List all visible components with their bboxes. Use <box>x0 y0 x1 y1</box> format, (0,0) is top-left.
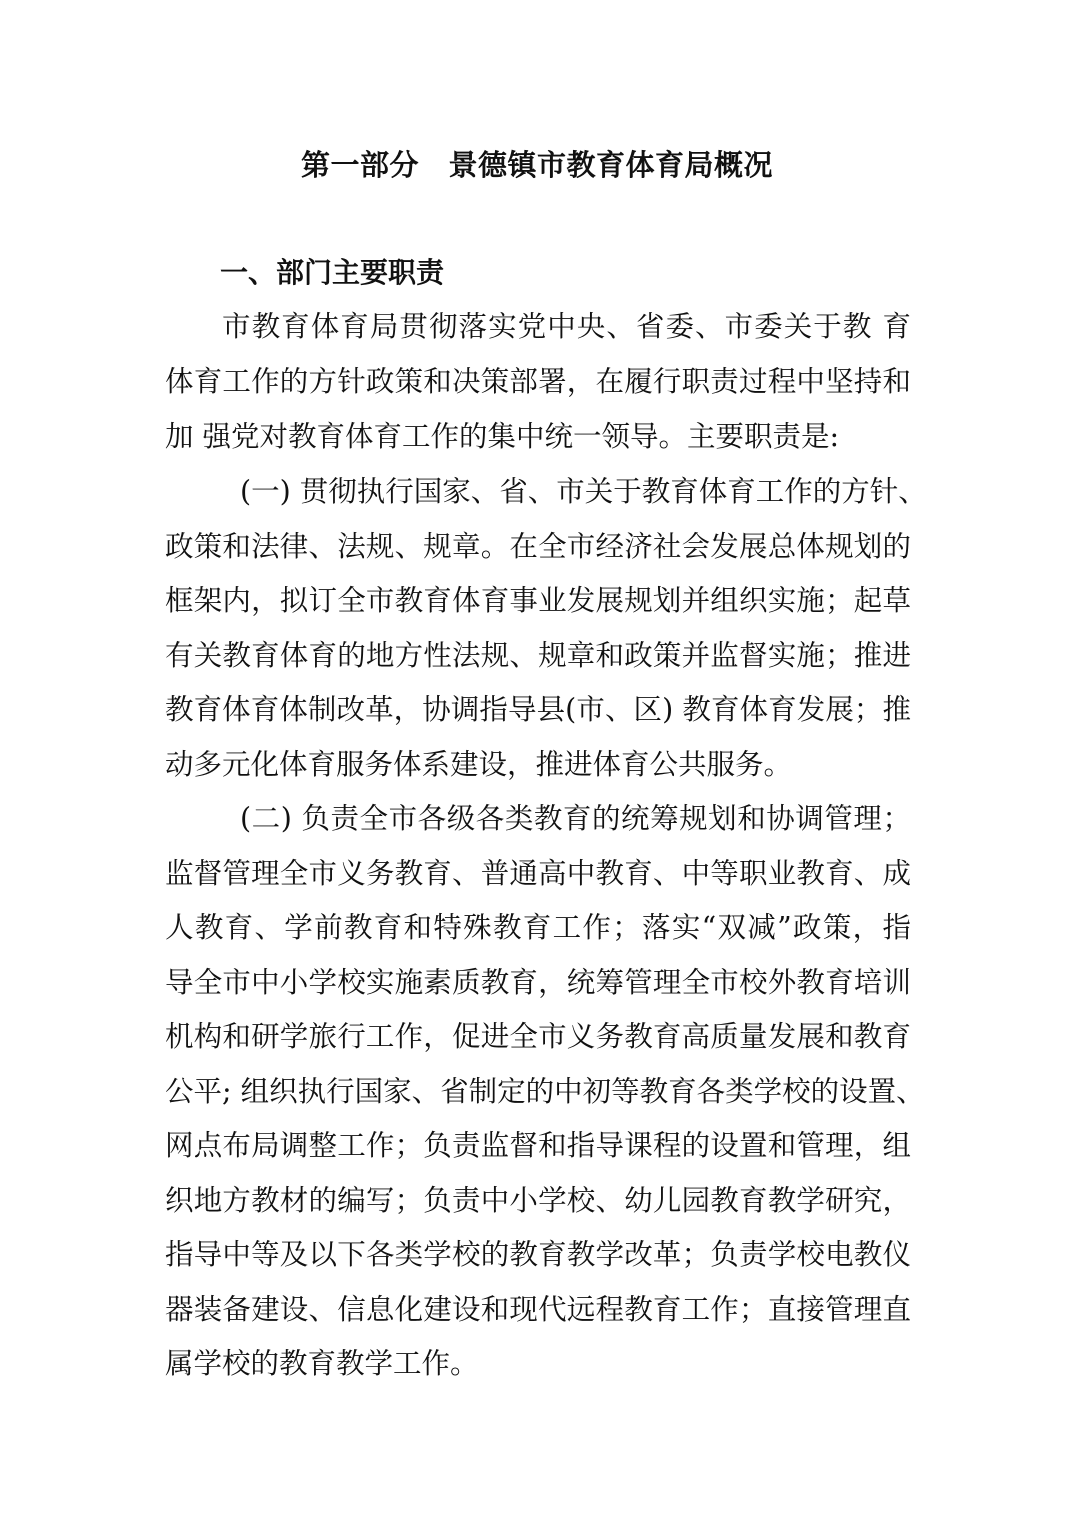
paragraph-line: 属学校的教育教学工作。 <box>165 1342 911 1386</box>
document-page: 第一部分 景德镇市教育体育局概况 一、部门主要职责 市教育体育局贯彻落实党中央、… <box>0 0 1074 1520</box>
page-title: 第一部分 景德镇市教育体育局概况 <box>0 143 1074 187</box>
paragraph-line: 体育工作的方针政策和决策部署，在履行职责过程中坚持和 <box>165 360 911 404</box>
paragraph-line: 网点布局调整工作；负责监督和指导课程的设置和管理，组 <box>165 1124 911 1168</box>
paragraph-line: 市教育体育局贯彻落实党中央、省委、市委关于教 育 <box>222 305 911 349</box>
paragraph-line: 器装备建设、信息化建设和现代远程教育工作；直接管理直 <box>165 1288 911 1332</box>
section-heading: 一、部门主要职责 <box>220 252 444 294</box>
paragraph-line: 指导中等及以下各类学校的教育教学改革；负责学校电教仪 <box>165 1233 911 1277</box>
paragraph-line: 公平; 组织执行国家、省制定的中初等教育各类学校的设置、 <box>165 1070 911 1114</box>
paragraph-line: 动多元化体育服务体系建设，推进体育公共服务。 <box>165 743 911 787</box>
paragraph-line: 监督管理全市义务教育、普通高中教育、中等职业教育、成 <box>165 852 911 896</box>
paragraph-line: 有关教育体育的地方性法规、规章和政策并监督实施；推进 <box>165 634 911 678</box>
paragraph-line: (一) 贯彻执行国家、省、市关于教育体育工作的方针、 <box>240 470 911 514</box>
paragraph-line: 加 强党对教育体育工作的集中统一领导。主要职责是: <box>165 415 911 459</box>
paragraph-line: 教育体育体制改革，协调指导县(市、区) 教育体育发展；推 <box>165 688 911 732</box>
paragraph-line: 政策和法律、法规、规章。在全市经济社会发展总体规划的 <box>165 525 911 569</box>
paragraph-line: 织地方教材的编写；负责中小学校、幼儿园教育教学研究， <box>165 1179 911 1223</box>
paragraph-line: (二) 负责全市各级各类教育的统筹规划和协调管理； <box>240 797 911 841</box>
paragraph-line: 框架内，拟订全市教育体育事业发展规划并组织实施；起草 <box>165 579 911 623</box>
paragraph-line: 机构和研学旅行工作，促进全市义务教育高质量发展和教育 <box>165 1015 911 1059</box>
paragraph-line: 导全市中小学校实施素质教育，统筹管理全市校外教育培训 <box>165 961 911 1005</box>
paragraph-line: 人教育、学前教育和特殊教育工作；落实“双减”政策，指 <box>165 906 911 950</box>
